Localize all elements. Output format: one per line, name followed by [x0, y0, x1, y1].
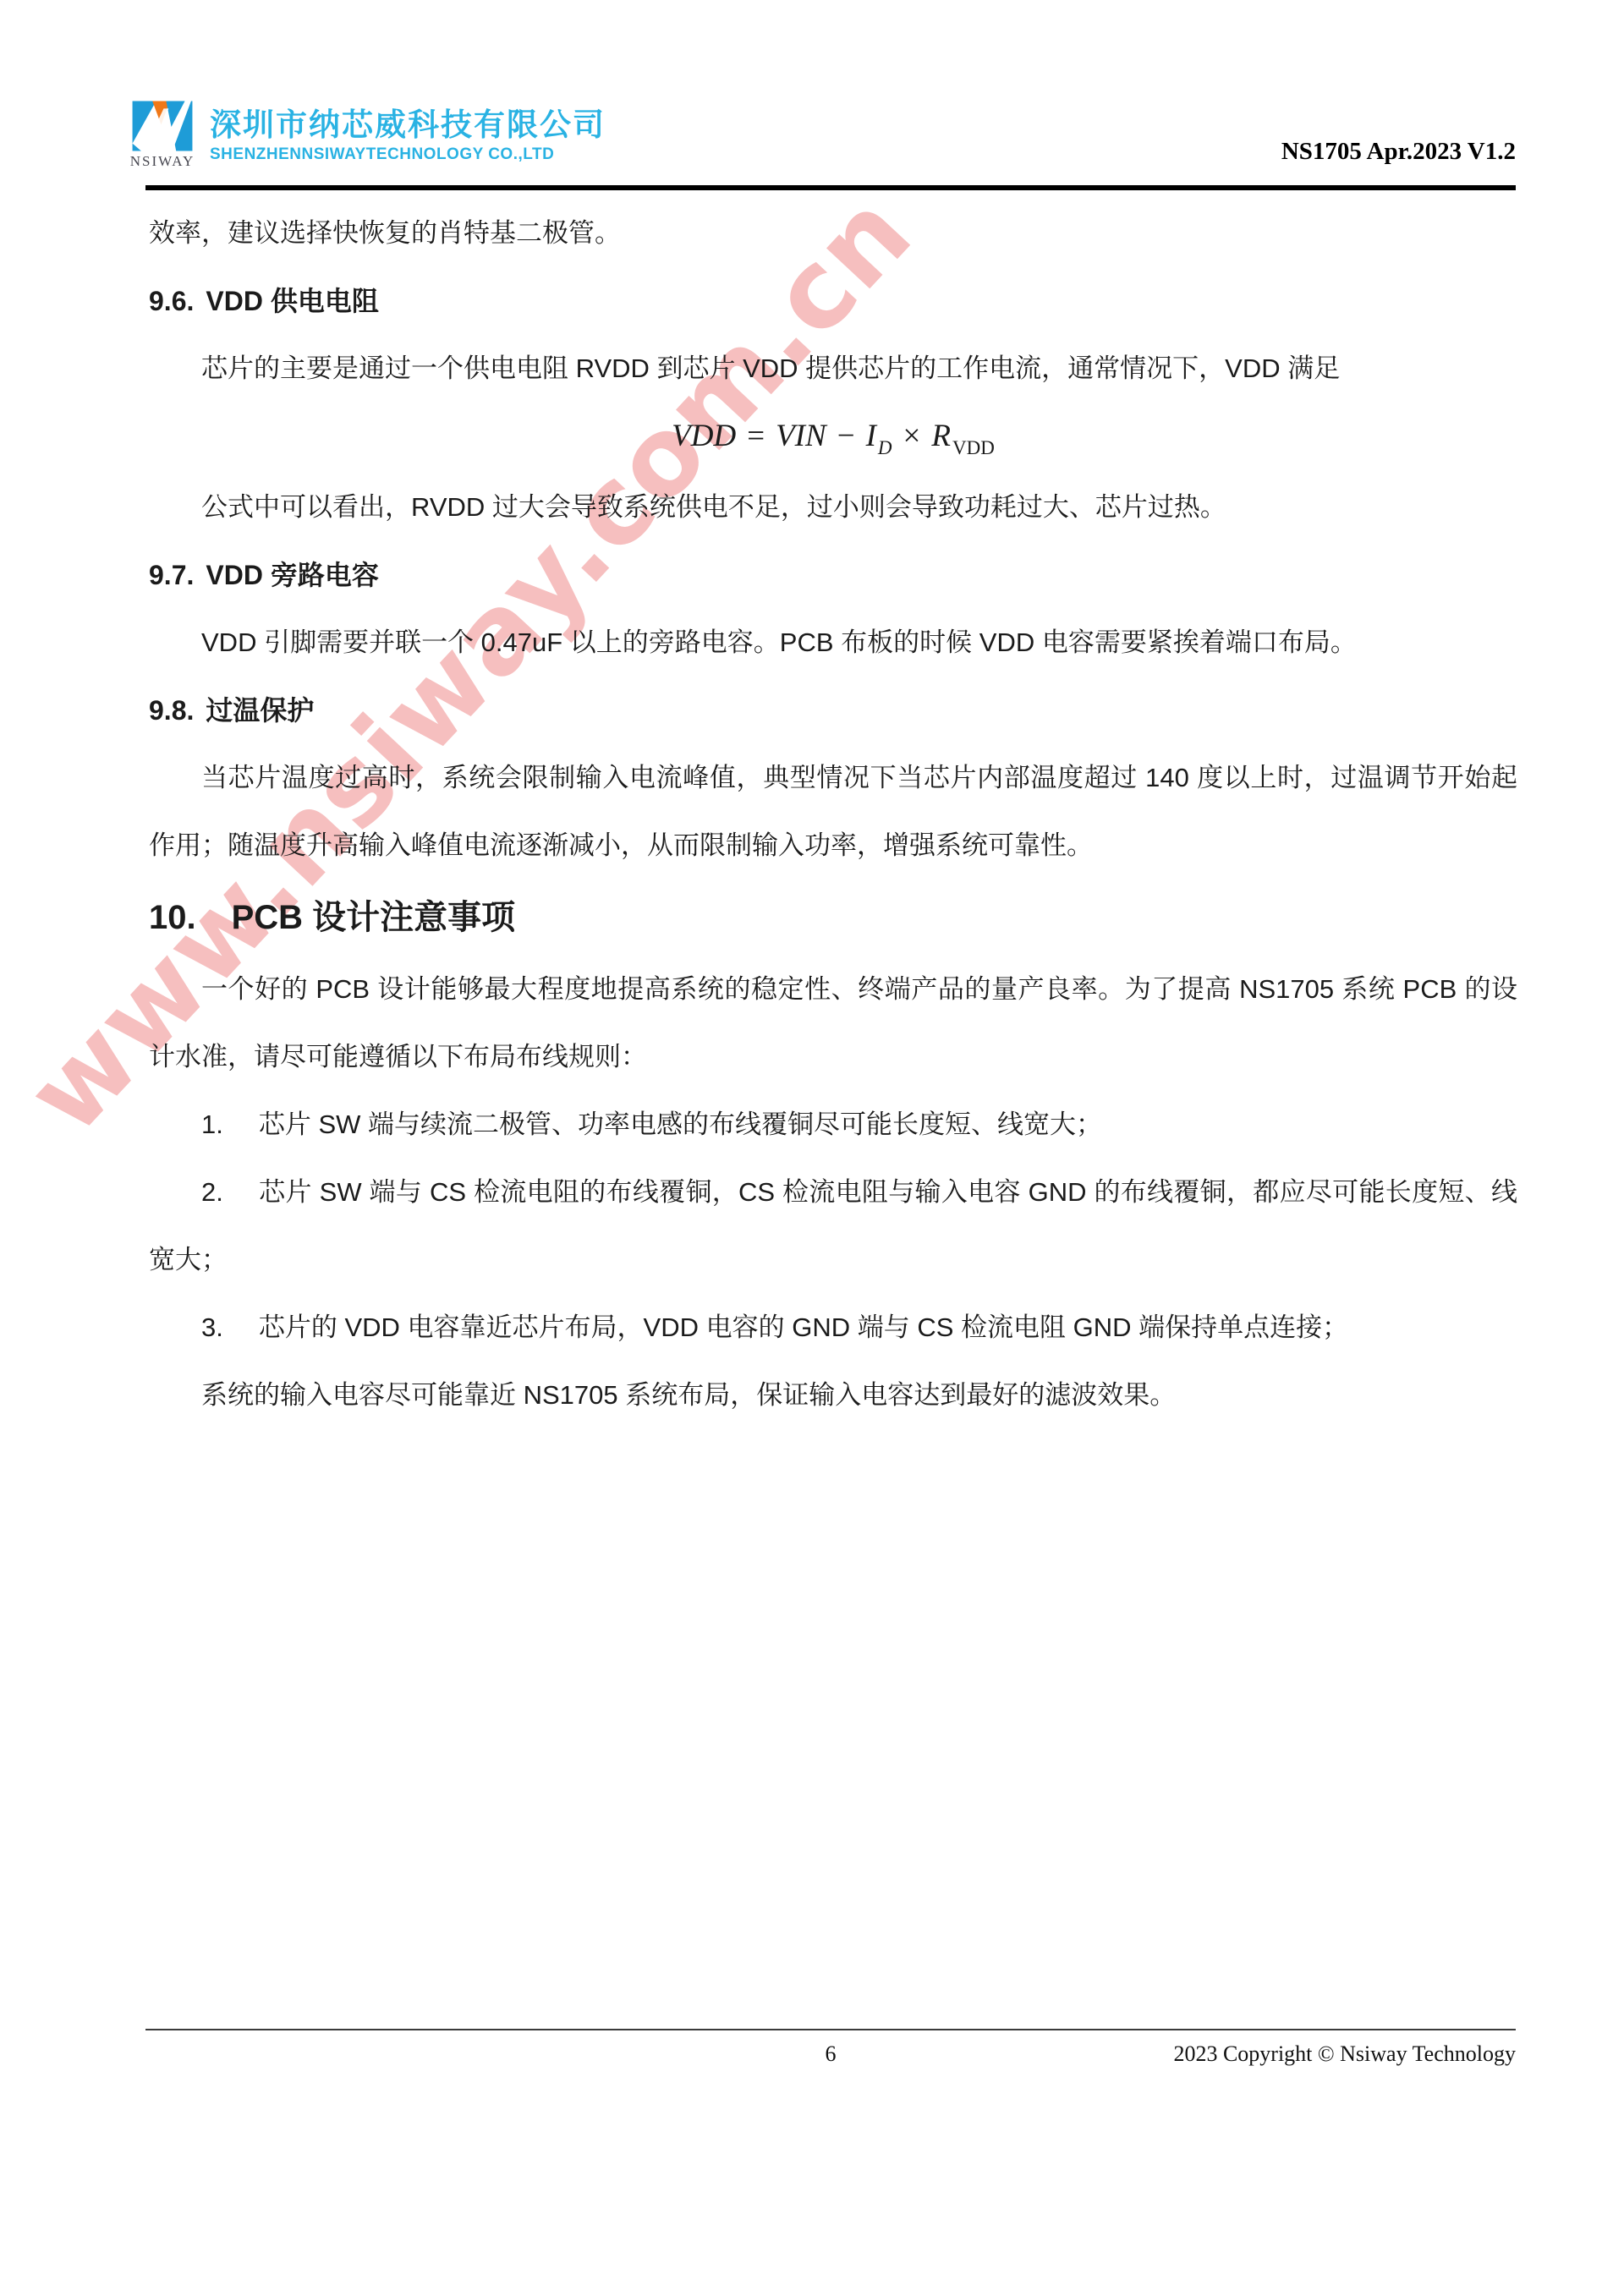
footer-divider [145, 2029, 1516, 2030]
section-10-heading: 10.PCB 设计注意事项 [149, 879, 1517, 956]
formula-lhs: VDD [672, 419, 736, 453]
section-9-6-heading: 9.6.VDD 供电电阻 [149, 267, 1517, 335]
closing-paragraph: 系统的输入电容尽可能靠近 NS1705 系统布局，保证输入电容达到最好的滤波效果… [149, 1362, 1517, 1429]
company-name-chinese: 深圳市纳芯威科技有限公司 [210, 107, 606, 144]
formula-current: I [866, 419, 876, 453]
copyright-text: 2023 Copyright © Nsiway Technology [1173, 2041, 1516, 2067]
equals-sign: = [747, 419, 765, 453]
intro-paragraph: 效率，建议选择快恢复的肖特基二极管。 [149, 200, 1517, 267]
current-subscript: D [878, 437, 892, 458]
section-9-7-paragraph: VDD 引脚需要并联一个 0.47uF 以上的旁路电容。PCB 布板的时候 VD… [149, 609, 1517, 677]
section-title: 过温保护 [206, 695, 314, 726]
section-title: PCB 设计注意事项 [232, 899, 516, 936]
header-divider [145, 185, 1516, 190]
formula-vin: VIN [776, 419, 826, 453]
list-number: 2. [201, 1177, 223, 1207]
section-9-8-paragraph: 当芯片温度过高时，系统会限制输入电流峰值，典型情况下当芯片内部温度超过 140 … [149, 744, 1517, 879]
document-reference: NS1705 Apr.2023 V1.2 [1281, 138, 1516, 166]
section-10-paragraph: 一个好的 PCB 设计能够最大程度地提高系统的稳定性、终端产品的量产良率。为了提… [149, 956, 1517, 1091]
page-footer: 6 2023 Copyright © Nsiway Technology [145, 2041, 1516, 2075]
company-name-block: 深圳市纳芯威科技有限公司 SHENZHENNSIWAYTECHNOLOGY CO… [210, 100, 606, 166]
document-body: 效率，建议选择快恢复的肖特基二极管。 9.6.VDD 供电电阻 芯片的主要是通过… [149, 200, 1517, 1429]
section-9-8-heading: 9.8.过温保护 [149, 677, 1517, 744]
multiply-sign: × [903, 419, 921, 453]
page-header: NSIWAY 深圳市纳芯威科技有限公司 SHENZHENNSIWAYTECHNO… [127, 100, 606, 170]
list-text: 芯片的 VDD 电容靠近芯片布局，VDD 电容的 GND 端与 CS 检流电阻 … [259, 1312, 1348, 1342]
section-9-6-paragraph-2: 公式中可以看出，RVDD 过大会导致系统供电不足，过小则会导致功耗过大、芯片过热… [149, 474, 1517, 541]
logo-brand-text: NSIWAY [130, 153, 195, 170]
section-9-7-heading: 9.7.VDD 旁路电容 [149, 541, 1517, 609]
list-number: 3. [201, 1312, 223, 1342]
section-number: 9.8. [149, 695, 194, 726]
vdd-formula: VDD=VIN−ID×RVDD [149, 403, 1517, 474]
company-name-english: SHENZHENNSIWAYTECHNOLOGY CO.,LTD [210, 144, 606, 166]
list-number: 1. [201, 1110, 223, 1139]
pcb-rule-item-2: 2.芯片 SW 端与 CS 检流电阻的布线覆铜，CS 检流电阻与输入电容 GND… [149, 1159, 1517, 1294]
section-title: VDD 旁路电容 [206, 560, 378, 590]
pcb-rule-item-1: 1.芯片 SW 端与续流二极管、功率电感的布线覆铜尽可能长度短、线宽大； [149, 1091, 1517, 1159]
resistance-subscript: VDD [952, 437, 995, 458]
section-9-6-paragraph: 芯片的主要是通过一个供电电阻 RVDD 到芯片 VDD 提供芯片的工作电流，通常… [149, 335, 1517, 403]
section-title: VDD 供电电阻 [206, 286, 378, 316]
nsiway-logo: NSIWAY [127, 100, 198, 170]
list-text: 芯片 SW 端与续流二极管、功率电感的布线覆铜尽可能长度短、线宽大； [259, 1110, 1102, 1139]
pcb-rule-item-3: 3.芯片的 VDD 电容靠近芯片布局，VDD 电容的 GND 端与 CS 检流电… [149, 1294, 1517, 1362]
section-number: 10. [149, 899, 196, 936]
section-number: 9.7. [149, 560, 194, 590]
minus-sign: − [837, 419, 855, 453]
nsiway-logo-icon [131, 100, 194, 152]
section-number: 9.6. [149, 286, 194, 316]
formula-resistance: R [931, 419, 951, 453]
list-text: 芯片 SW 端与 CS 检流电阻的布线覆铜，CS 检流电阻与输入电容 GND 的… [149, 1177, 1517, 1274]
